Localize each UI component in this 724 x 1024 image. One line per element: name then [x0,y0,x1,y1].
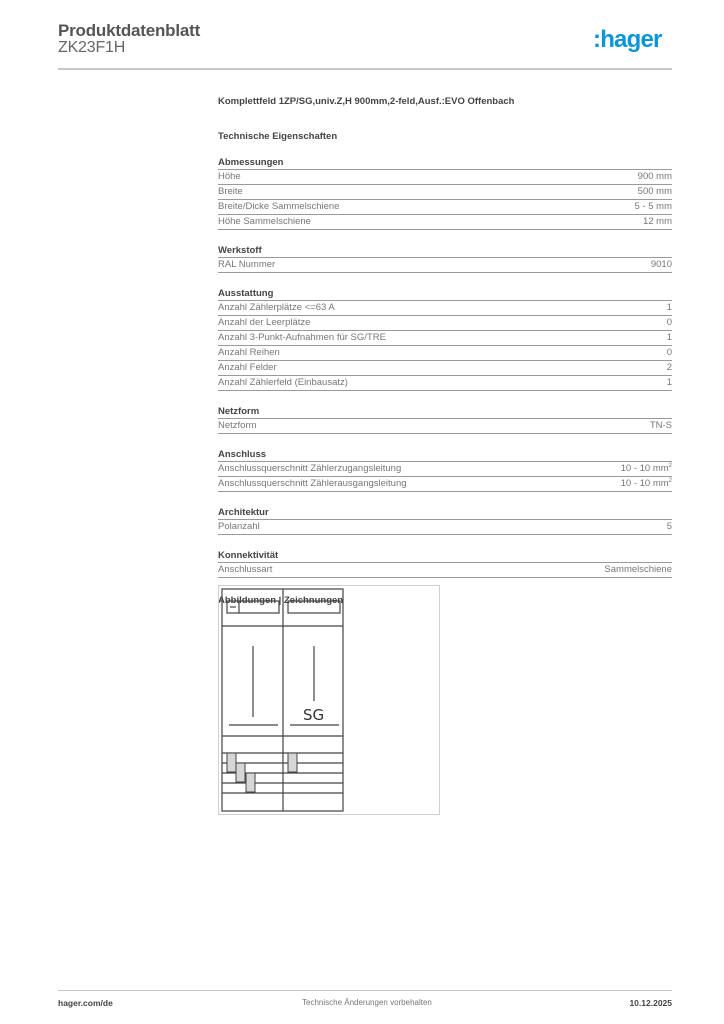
property-label: Anzahl Reihen [218,346,280,360]
property-row: Anzahl der Leerplätze0 [218,316,672,331]
property-label: Anzahl 3-Punkt-Aufnahmen für SG/TRE [218,331,386,345]
meter-panel-diagram: SG [219,586,441,816]
property-row: RAL Nummer9010 [218,258,672,273]
article-number: ZK23F1H [58,39,125,57]
property-row: Höhe Sammelschiene12 mm [218,215,672,230]
footer-divider [58,990,672,991]
section-architektur: ArchitekturPolanzahl5 [218,506,672,535]
section-konnektivität: KonnektivitätAnschlussartSammelschiene [218,549,672,578]
property-row: Höhe900 mm [218,170,672,185]
property-value-text: 5 - 5 mm [635,201,672,212]
property-row: AnschlussartSammelschiene [218,563,672,578]
property-value-text: Sammelschiene [604,564,672,575]
header-divider [58,68,672,70]
property-row: Anzahl Zählerfeld (Einbausatz)1 [218,376,672,391]
property-label: Breite [218,185,243,199]
property-label: Anzahl Felder [218,361,277,375]
property-label: Anschlussart [218,563,272,577]
property-row: Polanzahl5 [218,520,672,535]
property-value: 12 mm [643,215,672,229]
property-value-text: 0 [667,317,672,328]
section-title: Architektur [218,506,672,520]
property-value: 10 - 10 mm2 [621,477,672,491]
section-netzform: NetzformNetzformTN-S [218,405,672,434]
property-value: 5 - 5 mm [635,200,672,214]
property-value-text: 1 [667,332,672,343]
technical-properties-title: Technische Eigenschaften [218,131,672,143]
property-value-text: TN-S [650,420,672,431]
property-value: TN-S [650,419,672,433]
sg-label: SG [303,706,324,724]
product-description: Komplettfeld 1ZP/SG,univ.Z,H 900mm,2-fel… [218,96,672,108]
property-value: 1 [667,376,672,390]
property-value: 0 [667,346,672,360]
property-value: 10 - 10 mm2 [621,462,672,476]
property-value-text: 9010 [651,259,672,270]
property-value: 2 [667,361,672,375]
property-label: Höhe Sammelschiene [218,215,311,229]
property-value: 900 mm [638,170,672,184]
property-sections: AbmessungenHöhe900 mmBreite500 mmBreite/… [218,156,672,578]
property-label: Netzform [218,419,257,433]
property-row: Breite500 mm [218,185,672,200]
unit-superscript: 2 [669,463,672,469]
document-title: Produktdatenblatt [58,21,200,41]
property-value: 9010 [651,258,672,272]
property-label: RAL Nummer [218,258,275,272]
property-value: 500 mm [638,185,672,199]
section-abmessungen: AbmessungenHöhe900 mmBreite500 mmBreite/… [218,156,672,230]
property-label: Anzahl der Leerplätze [218,316,310,330]
property-value-text: 0 [667,347,672,358]
property-value-text: 10 - 10 mm [621,463,669,474]
section-title: Werkstoff [218,244,672,258]
product-datasheet: Komplettfeld 1ZP/SG,univ.Z,H 900mm,2-fel… [218,96,672,607]
footer-notice: Technische Änderungen vorbehalten [302,998,432,1007]
section-title: Abmessungen [218,156,672,170]
property-label: Anschlussquerschnitt Zählerausgangsleitu… [218,477,407,491]
property-row: Anschlussquerschnitt Zählerausgangsleitu… [218,477,672,492]
property-row: NetzformTN-S [218,419,672,434]
property-value: 0 [667,316,672,330]
section-title: Anschluss [218,448,672,462]
footer-date: 10.12.2025 [629,998,672,1008]
property-label: Anzahl Zählerfeld (Einbausatz) [218,376,348,390]
property-row: Anzahl Zählerplätze <=63 A1 [218,301,672,316]
property-value-text: 1 [667,302,672,313]
property-row: Anzahl Felder2 [218,361,672,376]
section-anschluss: AnschlussAnschlussquerschnitt Zählerzuga… [218,448,672,492]
property-row: Anzahl Reihen0 [218,346,672,361]
section-ausstattung: AusstattungAnzahl Zählerplätze <=63 A1An… [218,287,672,391]
property-row: Breite/Dicke Sammelschiene5 - 5 mm [218,200,672,215]
property-value-text: 900 mm [638,171,672,182]
property-label: Polanzahl [218,520,260,534]
property-row: Anzahl 3-Punkt-Aufnahmen für SG/TRE1 [218,331,672,346]
property-value-text: 5 [667,521,672,532]
property-value-text: 10 - 10 mm [621,478,669,489]
property-value-text: 12 mm [643,216,672,227]
section-title: Konnektivität [218,549,672,563]
property-label: Breite/Dicke Sammelschiene [218,200,339,214]
product-drawing: SG [218,585,440,815]
property-value: 5 [667,520,672,534]
property-label: Anschlussquerschnitt Zählerzugangsleitun… [218,462,401,476]
property-value-text: 1 [667,377,672,388]
property-row: Anschlussquerschnitt Zählerzugangsleitun… [218,462,672,477]
property-value: 1 [667,331,672,345]
footer-website[interactable]: hager.com/de [58,998,113,1008]
hager-logo: :hager [593,28,662,52]
section-title: Ausstattung [218,287,672,301]
property-value: 1 [667,301,672,315]
property-value-text: 2 [667,362,672,373]
property-value-text: 500 mm [638,186,672,197]
section-title: Netzform [218,405,672,419]
property-label: Anzahl Zählerplätze <=63 A [218,301,335,315]
property-label: Höhe [218,170,241,184]
property-value: Sammelschiene [604,563,672,577]
section-werkstoff: WerkstoffRAL Nummer9010 [218,244,672,273]
unit-superscript: 2 [669,478,672,484]
